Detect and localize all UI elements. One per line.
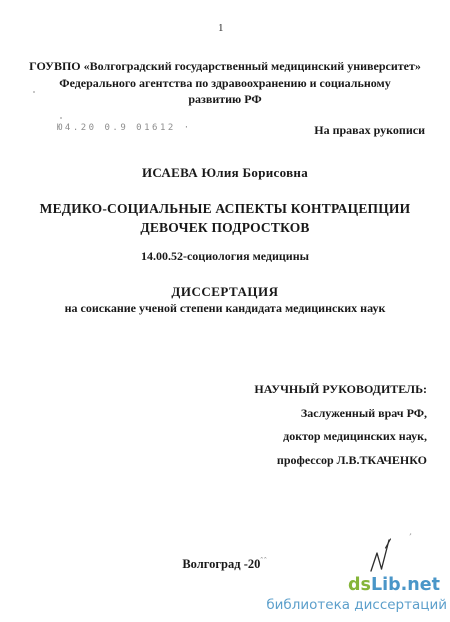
dslib-logo-green-part: ds [348, 575, 371, 595]
university-header-line2: Федерального агентства по здравоохранени… [18, 75, 432, 92]
university-header: ГОУВПО «Волгоградский государственный ме… [0, 58, 450, 108]
dslib-subtitle: библиотека диссертаций [266, 597, 447, 613]
library-stamp: Ю4.20 0.9 01612 · [57, 123, 192, 133]
city-year-text: Волгоград -20 [182, 557, 260, 571]
supervisor-heading: НАУЧНЫЙ РУКОВОДИТЕЛЬ: [254, 378, 427, 402]
scan-speck [60, 117, 62, 119]
university-header-line3: развитию РФ [18, 91, 432, 108]
document-type: ДИССЕРТАЦИЯ [0, 284, 450, 300]
page-number: 1 [218, 22, 224, 34]
scan-speck [33, 91, 35, 93]
author-name: ИСАЕВА Юлия Борисовна [0, 165, 450, 181]
dslib-logo-blue-part: Lib.net [371, 575, 440, 595]
pen-tick-mark: ʼ [406, 531, 413, 541]
supervisor-line-name: профессор Л.В.ТКАЧЕНКО [254, 449, 427, 473]
specialty-code: 14.00.52-социология медицины [0, 249, 450, 264]
supervisor-block: НАУЧНЫЙ РУКОВОДИТЕЛЬ: Заслуженный врач Р… [254, 378, 427, 472]
pen-scribble-icon [368, 536, 398, 576]
supervisor-line-honor: Заслуженный врач РФ, [254, 402, 427, 426]
university-header-line1: ГОУВПО «Волгоградский государственный ме… [18, 58, 432, 75]
manuscript-note: На правах рукописи [314, 123, 425, 138]
degree-line: на соискание ученой степени кандидата ме… [0, 301, 450, 316]
dslib-logo: dsLib.net [348, 575, 440, 595]
dissertation-title: МЕДИКО-СОЦИАЛЬНЫЕ АСПЕКТЫ КОНТРАЦЕПЦИИ Д… [0, 200, 450, 237]
city-year-faded: ˆˆ [260, 556, 267, 565]
supervisor-line-degree: доктор медицинских наук, [254, 425, 427, 449]
